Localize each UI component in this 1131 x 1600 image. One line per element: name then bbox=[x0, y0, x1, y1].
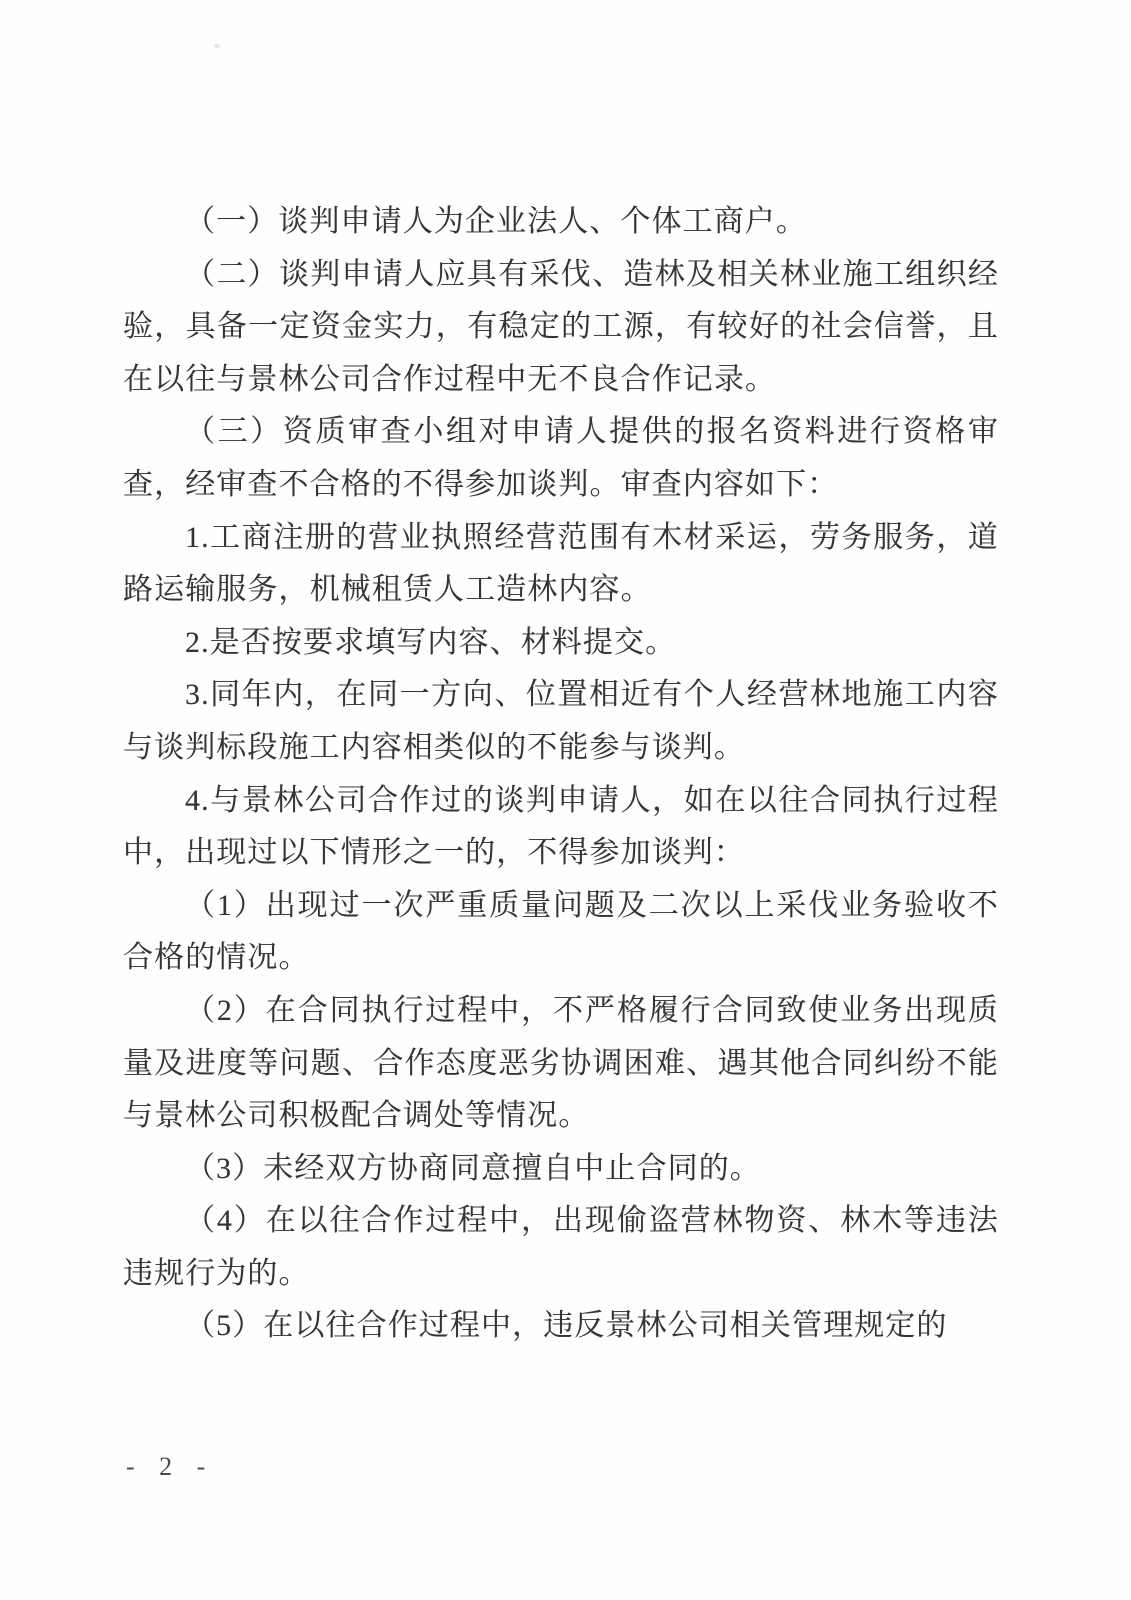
document-page: （一）谈判申请人为企业法人、个体工商户。（二）谈判申请人应具有采伐、造林及相关林… bbox=[0, 0, 1131, 1600]
text-line: 与景林公司积极配合调处等情况。 bbox=[123, 1090, 999, 1143]
text-line: 在以往与景林公司合作过程中无不良合作记录。 bbox=[123, 354, 999, 407]
text-line: （5）在以往合作过程中，违反景林公司相关管理规定的 bbox=[123, 1300, 999, 1353]
text-line: 中，出现过以下情形之一的，不得参加谈判： bbox=[123, 827, 999, 880]
text-line: 合格的情况。 bbox=[123, 932, 999, 985]
text-line: 验，具备一定资金实力，有稳定的工源，有较好的社会信誉，且 bbox=[123, 301, 999, 354]
text-line: （一）谈判申请人为企业法人、个体工商户。 bbox=[123, 196, 999, 249]
text-line: 1.工商注册的营业执照经营范围有木材采运，劳务服务，道 bbox=[123, 512, 999, 565]
text-line: （4）在以往合作过程中，出现偷盗营林物资、林木等违法 bbox=[123, 1195, 999, 1248]
text-line: 3.同年内，在同一方向、位置相近有个人经营林地施工内容 bbox=[123, 669, 999, 722]
text-line: （三）资质审查小组对申请人提供的报名资料进行资格审 bbox=[123, 406, 999, 459]
document-body: （一）谈判申请人为企业法人、个体工商户。（二）谈判申请人应具有采伐、造林及相关林… bbox=[123, 196, 999, 1353]
text-line: （1）出现过一次严重质量问题及二次以上采伐业务验收不 bbox=[123, 880, 999, 933]
scan-artifact bbox=[214, 44, 220, 48]
page-number: - 2 - bbox=[126, 1452, 214, 1482]
text-line: 量及进度等问题、合作态度恶劣协调困难、遇其他合同纠纷不能 bbox=[123, 1038, 999, 1091]
text-line: 与谈判标段施工内容相类似的不能参与谈判。 bbox=[123, 722, 999, 775]
text-line: （3）未经双方协商同意擅自中止合同的。 bbox=[123, 1143, 999, 1196]
text-line: 路运输服务，机械租赁人工造林内容。 bbox=[123, 564, 999, 617]
text-line: （二）谈判申请人应具有采伐、造林及相关林业施工组织经 bbox=[123, 249, 999, 302]
text-line: 违规行为的。 bbox=[123, 1248, 999, 1301]
text-line: 查，经审查不合格的不得参加谈判。审查内容如下： bbox=[123, 459, 999, 512]
text-line: 4.与景林公司合作过的谈判申请人，如在以往合同执行过程 bbox=[123, 775, 999, 828]
text-line: 2.是否按要求填写内容、材料提交。 bbox=[123, 617, 999, 670]
text-line: （2）在合同执行过程中，不严格履行合同致使业务出现质 bbox=[123, 985, 999, 1038]
